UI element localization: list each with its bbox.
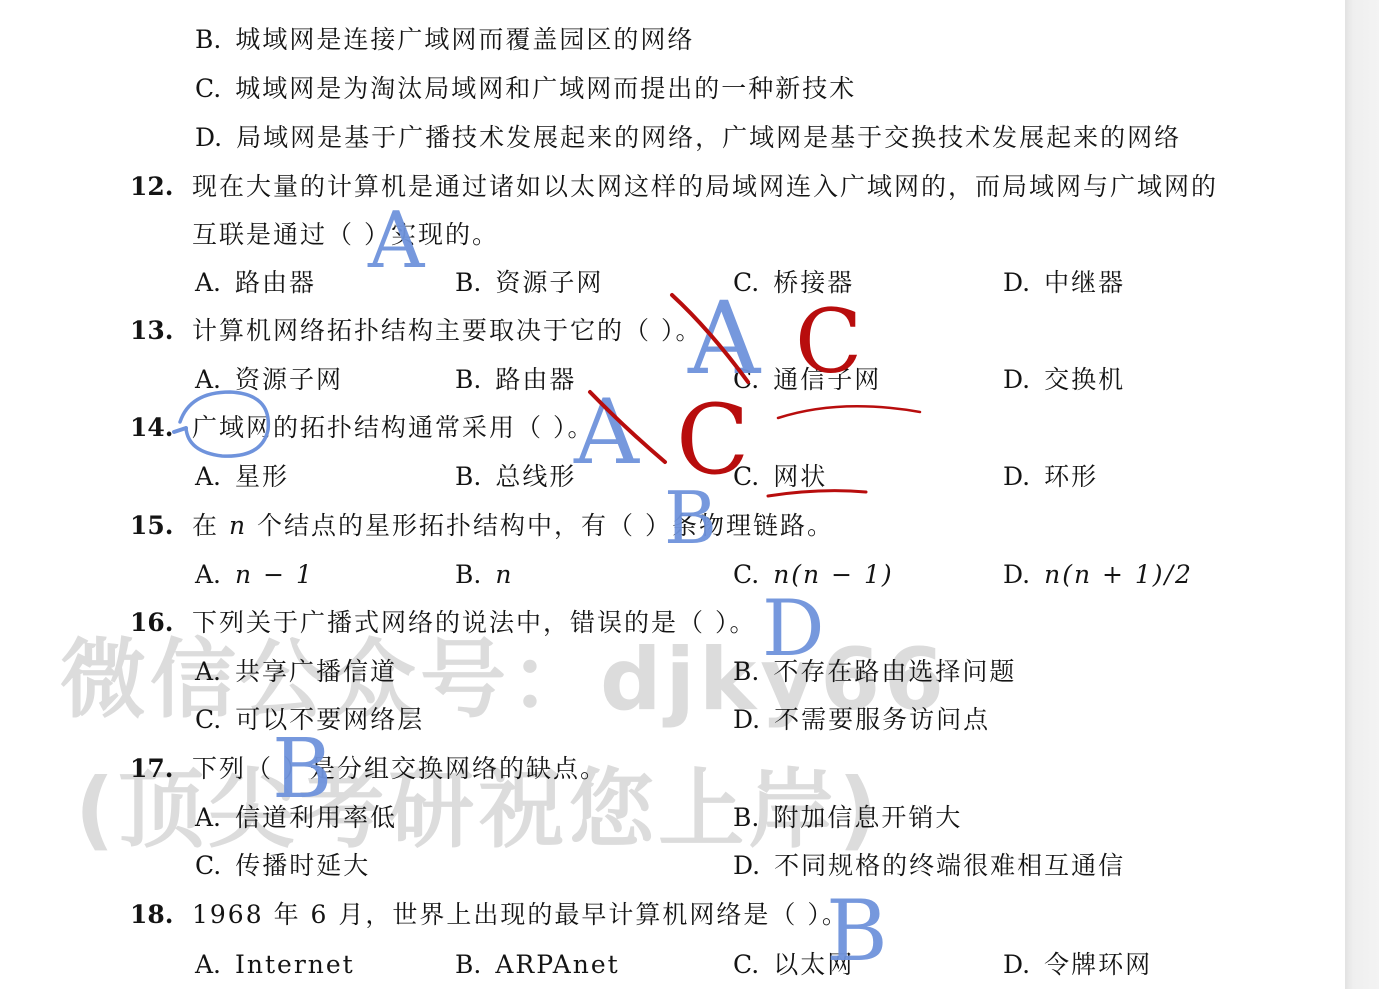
circle-mark-q14	[180, 392, 268, 456]
vertical-scrollbar[interactable]	[1345, 0, 1379, 989]
underline-mark-q13	[778, 406, 920, 418]
strike-mark-q13	[672, 295, 748, 382]
document-page: 微信公众号：djky66 (顶尖考研祝您上岸) B.城域网是连接广域网而覆盖园区…	[0, 0, 1345, 989]
underline-mark-q14	[768, 491, 866, 496]
handwritten-strokes	[0, 0, 1345, 989]
strike-mark-q14	[590, 392, 665, 462]
